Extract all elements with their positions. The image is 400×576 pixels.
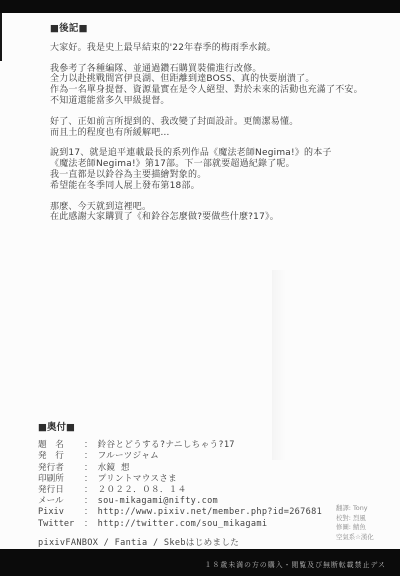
colophon-label: 発 行 bbox=[38, 451, 84, 462]
credit-proofreader: 校對: 烈風 bbox=[336, 514, 374, 524]
afterword-line: 不知道還能當多久甲級提督。 bbox=[50, 96, 370, 107]
colophon-row-circle: 発 行 ： フルーツジャム bbox=[38, 451, 368, 462]
colophon-label: 発行日 bbox=[38, 485, 84, 496]
colophon-header: ■奥付■ bbox=[38, 422, 368, 433]
colophon-row-date: 発行日 ： ２０２２．０８．１４ bbox=[38, 485, 368, 496]
afterword-line: 在此感謝大家購買了《和鈴谷怎麼做?要做些什麼?17》。 bbox=[50, 212, 370, 223]
afterword-line: 全力以赴挑戰間宮伊良湖、但距離到達BOSS、真的快要崩潰了。 bbox=[50, 74, 370, 85]
afterword-section: ■後記■ 大家好。我是史上最早結束的'22年春季的梅雨季水鏡。 我參考了各種編隊… bbox=[50, 24, 370, 233]
afterword-line: 大家好。我是史上最早結束的'22年春季的梅雨季水鏡。 bbox=[50, 43, 370, 54]
afterword-line: 好了、正如前言所提到的、我改變了封面設計。更簡潔易懂。 bbox=[50, 117, 370, 128]
afterword-paragraph: 大家好。我是史上最早結束的'22年春季的梅雨季水鏡。 bbox=[50, 43, 370, 54]
afterword-paragraph: 好了、正如前言所提到的、我改變了封面設計。更簡潔易懂。 而且土的程度也有所緩解吧… bbox=[50, 117, 370, 139]
colophon-row-email: メール ： sou-mikagami@nifty.com bbox=[38, 496, 368, 507]
afterword-line: 我一直都是以鈴谷為主要描繪對象的。 bbox=[50, 170, 370, 181]
afterword-line: 我參考了各種編隊、並通過鑽石購買裝備進行改修。 bbox=[50, 64, 370, 75]
afterword-paragraph: 我參考了各種編隊、並通過鑽石購買裝備進行改修。 全力以赴挑戰間宮伊良湖、但距離到… bbox=[50, 64, 370, 107]
afterword-paragraph: 那麼、今天就到這裡吧。 在此感謝大家購買了《和鈴谷怎麼做?要做些什麼?17》。 bbox=[50, 202, 370, 224]
publish-date: ２０２２．０８．１４ bbox=[98, 485, 187, 496]
colophon-row-printer: 印刷所 ： プリントマウスさま bbox=[38, 474, 368, 485]
bottom-black-bar: １８歳未満の方の購入・閲覧及び無断転載禁止デス bbox=[0, 549, 400, 576]
colophon-separator: ： bbox=[84, 485, 93, 496]
afterword-line: 說到17、就是追平連載最長的系列作品《魔法老師Negima!》的本子 bbox=[50, 148, 370, 159]
afterword-line: 作為一名單身提督、資源量實在是令人絕望、對於未來的活動也充滿了不安。 bbox=[50, 85, 370, 96]
twitter-url: http://twitter.com/sou_mikagami bbox=[98, 519, 268, 530]
colophon-separator: ： bbox=[84, 463, 93, 474]
colophon-separator: ： bbox=[84, 507, 93, 518]
colophon-row-author: 発行者 ： 水鏡 想 bbox=[38, 463, 368, 474]
fanbox-note: pixivFANBOX / Fantia / Skebはじめました bbox=[38, 538, 368, 549]
circle-name: フルーツジャム bbox=[98, 451, 159, 462]
credit-translator: 翻譯: Tony bbox=[336, 504, 374, 514]
credit-group: 空氣系☆漢化 bbox=[336, 533, 374, 543]
colophon-row-twitter: Twitter ： http://twitter.com/sou_mikagam… bbox=[38, 519, 368, 530]
top-black-bar bbox=[0, 0, 400, 13]
afterword-line: 《魔法老師Negima!》第17部。下一部就要超過紀錄了呢。 bbox=[50, 159, 370, 170]
translation-credits: 翻譯: Tony 校對: 烈風 修圖: 鯖魚 空氣系☆漢化 bbox=[336, 504, 374, 542]
afterword-line: 希望能在冬季同人展上發布第18部。 bbox=[50, 181, 370, 192]
scanned-doujin-afterword-page: ■後記■ 大家好。我是史上最早結束的'22年春季的梅雨季水鏡。 我參考了各種編隊… bbox=[0, 0, 400, 576]
age-restriction-notice: １８歳未満の方の購入・閲覧及び無断転載禁止デス bbox=[205, 561, 386, 569]
colophon-label: 発行者 bbox=[38, 463, 84, 474]
colophon-label: 題 名 bbox=[38, 440, 84, 451]
colophon-label: メール bbox=[38, 496, 84, 507]
afterword-paragraph: 說到17、就是追平連載最長的系列作品《魔法老師Negima!》的本子 《魔法老師… bbox=[50, 148, 370, 191]
colophon-separator: ： bbox=[84, 474, 93, 485]
colophon-section: ■奥付■ 題 名 ： 鈴谷とどうする?ナニしちゃう?17 発 行 ： フルーツジ… bbox=[38, 422, 368, 549]
pixiv-url: http://www.pixiv.net/member.php?id=26768… bbox=[98, 507, 322, 518]
colophon-separator: ： bbox=[84, 519, 93, 530]
printer-name: プリントマウスさま bbox=[98, 474, 177, 485]
colophon-label: Pixiv bbox=[38, 507, 84, 518]
author-name: 水鏡 想 bbox=[98, 463, 130, 474]
credit-editor: 修圖: 鯖魚 bbox=[336, 523, 374, 533]
colophon-label: Twitter bbox=[38, 519, 84, 530]
colophon-row-title: 題 名 ： 鈴谷とどうする?ナニしちゃう?17 bbox=[38, 440, 368, 451]
afterword-line: 而且土的程度也有所緩解吧… bbox=[50, 128, 370, 139]
afterword-header: ■後記■ bbox=[50, 24, 370, 35]
book-title: 鈴谷とどうする?ナニしちゃう?17 bbox=[98, 440, 235, 451]
colophon-row-pixiv: Pixiv ： http://www.pixiv.net/member.php?… bbox=[38, 507, 368, 518]
afterword-line: 那麼、今天就到這裡吧。 bbox=[50, 202, 370, 213]
colophon-separator: ： bbox=[84, 496, 93, 507]
colophon-separator: ： bbox=[84, 440, 93, 451]
scan-left-edge bbox=[0, 13, 2, 61]
email-address: sou-mikagami@nifty.com bbox=[98, 496, 218, 507]
colophon-separator: ： bbox=[84, 451, 93, 462]
colophon-label: 印刷所 bbox=[38, 474, 84, 485]
